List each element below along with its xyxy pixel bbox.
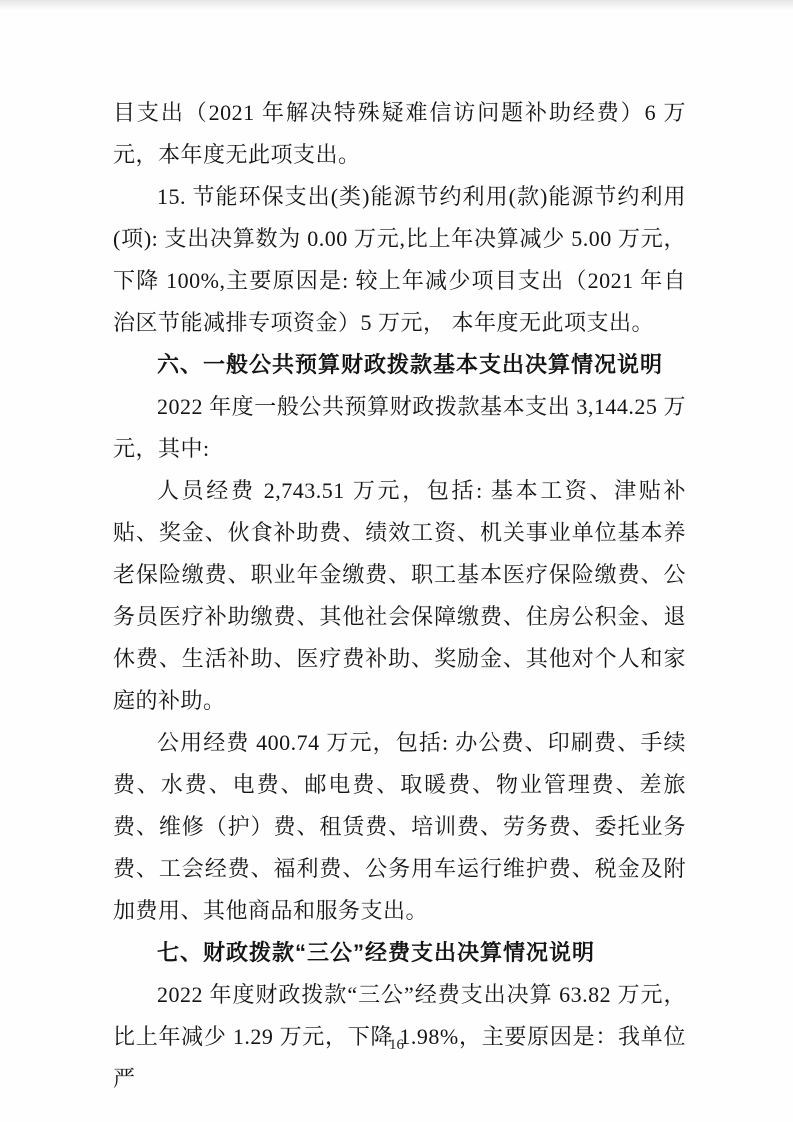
page-number: 16	[0, 1036, 793, 1054]
scan-edge-shading	[0, 0, 793, 10]
paragraph: 公用经费 400.74 万元，包括: 办公费、印刷费、手续费、水费、电费、邮电费…	[113, 722, 686, 932]
paragraph: 人员经费 2,743.51 万元，包括: 基本工资、津贴补贴、奖金、伙食补助费、…	[113, 470, 686, 722]
document-body: 目支出（2021 年解决特殊疑难信访问题补助经费）6 万元，本年度无此项支出。1…	[113, 92, 686, 1100]
section-heading: 六、一般公共预算财政拨款基本支出决算情况说明	[113, 344, 686, 386]
paragraph: 15. 节能环保支出(类)能源节约利用(款)能源节约利用(项): 支出决算数为 …	[113, 176, 686, 344]
paragraph: 目支出（2021 年解决特殊疑难信访问题补助经费）6 万元，本年度无此项支出。	[113, 92, 686, 176]
paragraph: 2022 年度一般公共预算财政拨款基本支出 3,144.25 万元，其中:	[113, 386, 686, 470]
section-heading: 七、财政拨款“三公”经费支出决算情况说明	[113, 932, 686, 974]
